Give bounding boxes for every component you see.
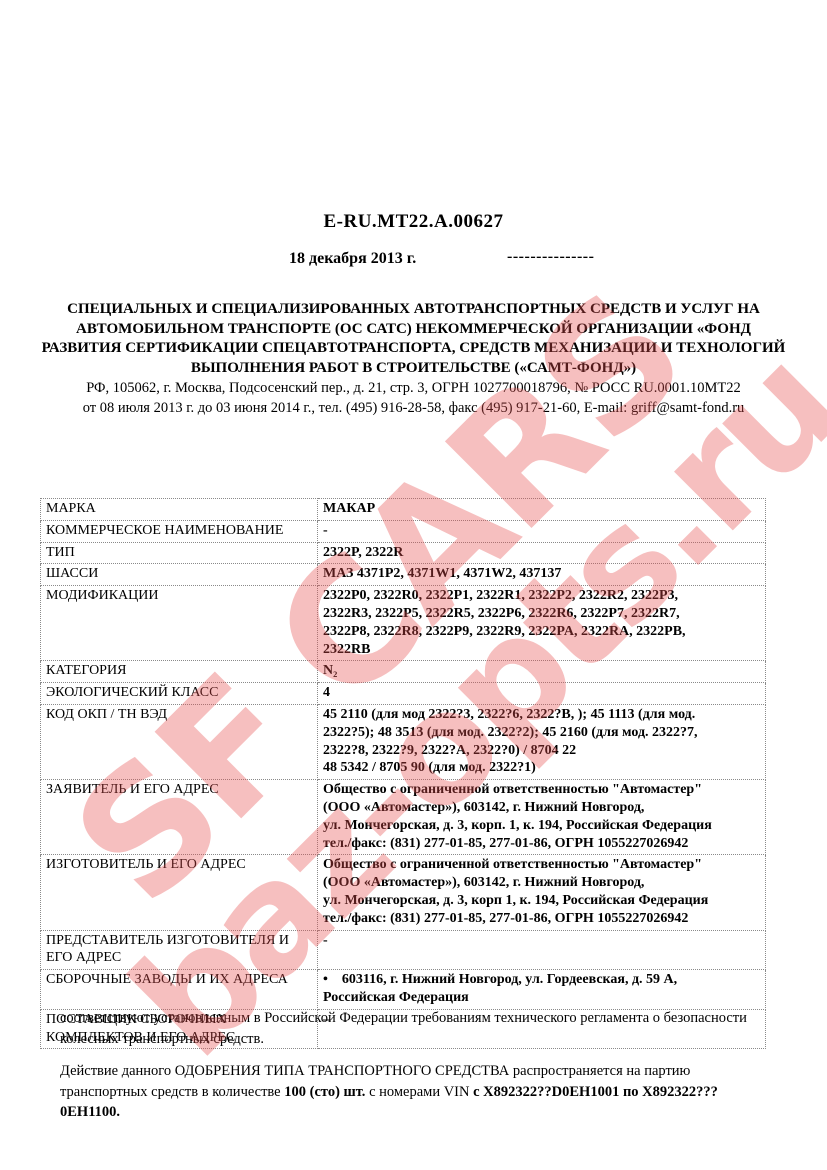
row-value: Общество с ограниченной ответственностью…	[318, 780, 766, 855]
row-value: МАЗ 4371P2, 4371W1, 4371W2, 437137	[318, 564, 766, 586]
table-row: ТИП 2322P, 2322R	[41, 542, 766, 564]
row-label: ШАССИ	[41, 564, 318, 586]
row-value: -	[318, 520, 766, 542]
table-row: ЗАЯВИТЕЛЬ И ЕГО АДРЕС Общество с огранич…	[41, 780, 766, 855]
org-address-line1: РФ, 105062, г. Москва, Подсосенский пер.…	[10, 378, 817, 398]
table-row: КОММЕРЧЕСКОЕ НАИМЕНОВАНИЕ -	[41, 520, 766, 542]
row-value: N₂	[318, 661, 766, 683]
row-label: ЗАЯВИТЕЛЬ И ЕГО АДРЕС	[41, 780, 318, 855]
row-label: ПРЕДСТАВИТЕЛЬ ИЗГОТОВИТЕЛЯ И ЕГО АДРЕС	[41, 930, 318, 970]
row-label: КОММЕРЧЕСКОЕ НАИМЕНОВАНИЕ	[41, 520, 318, 542]
row-label: ИЗГОТОВИТЕЛЬ И ЕГО АДРЕС	[41, 855, 318, 930]
approval-number: E-RU.MT22.A.00627	[0, 211, 827, 233]
organization-address: РФ, 105062, г. Москва, Подсосенский пер.…	[10, 378, 817, 418]
row-label: СБОРОЧНЫЕ ЗАВОДЫ И ИХ АДРЕСА	[41, 970, 318, 1010]
row-label: КАТЕГОРИЯ	[41, 661, 318, 683]
dashes-placeholder: ---------------	[507, 248, 594, 266]
row-value: • 603116, г. Нижний Новгород, ул. Гордее…	[318, 970, 766, 1010]
footer-text: соответствуют установленным в Российской…	[60, 1008, 768, 1123]
table-row: МАРКА МАКАР	[41, 499, 766, 521]
vehicle-spec-table: МАРКА МАКАР КОММЕРЧЕСКОЕ НАИМЕНОВАНИЕ - …	[40, 498, 766, 1049]
row-value: 4	[318, 683, 766, 705]
org-address-line2: от 08 июля 2013 г. до 03 июня 2014 г., т…	[10, 398, 817, 418]
row-value: 2322P0, 2322R0, 2322P1, 2322R1, 2322P2, …	[318, 586, 766, 661]
row-label: МАРКА	[41, 499, 318, 521]
quantity-bold: 100 (сто) шт.	[284, 1084, 365, 1100]
table-row: ИЗГОТОВИТЕЛЬ И ЕГО АДРЕС Общество с огра…	[41, 855, 766, 930]
validity-paragraph: Действие данного ОДОБРЕНИЯ ТИПА ТРАНСПОР…	[60, 1061, 768, 1123]
vin-label-text: с номерами VIN	[365, 1084, 473, 1100]
row-value: МАКАР	[318, 499, 766, 521]
row-label: КОД ОКП / ТН ВЭД	[41, 704, 318, 779]
organization-name: СПЕЦИАЛЬНЫХ И СПЕЦИАЛИЗИРОВАННЫХ АВТОТРА…	[10, 300, 817, 378]
row-label: ЭКОЛОГИЧЕСКИЙ КЛАСС	[41, 683, 318, 705]
row-label: МОДИФИКАЦИИ	[41, 586, 318, 661]
row-value: -	[318, 930, 766, 970]
table-row: ЭКОЛОГИЧЕСКИЙ КЛАСС 4	[41, 683, 766, 705]
row-value: 2322P, 2322R	[318, 542, 766, 564]
approval-date: 18 декабря 2013 г.	[289, 250, 416, 268]
row-value: Общество с ограниченной ответственностью…	[318, 855, 766, 930]
table-row: ШАССИ МАЗ 4371P2, 4371W1, 4371W2, 437137	[41, 564, 766, 586]
conformity-paragraph: соответствуют установленным в Российской…	[60, 1008, 768, 1049]
table-row: СБОРОЧНЫЕ ЗАВОДЫ И ИХ АДРЕСА • 603116, г…	[41, 970, 766, 1010]
row-label: ТИП	[41, 542, 318, 564]
table-row: КОД ОКП / ТН ВЭД 45 2110 (для мод 2322?3…	[41, 704, 766, 779]
table-row: МОДИФИКАЦИИ 2322P0, 2322R0, 2322P1, 2322…	[41, 586, 766, 661]
row-value: 45 2110 (для мод 2322?3, 2322?6, 2322?B,…	[318, 704, 766, 779]
table-row: КАТЕГОРИЯ N₂	[41, 661, 766, 683]
document-page: E-RU.MT22.A.00627 18 декабря 2013 г. ---…	[0, 0, 827, 1170]
table-row: ПРЕДСТАВИТЕЛЬ ИЗГОТОВИТЕЛЯ И ЕГО АДРЕС -	[41, 930, 766, 970]
